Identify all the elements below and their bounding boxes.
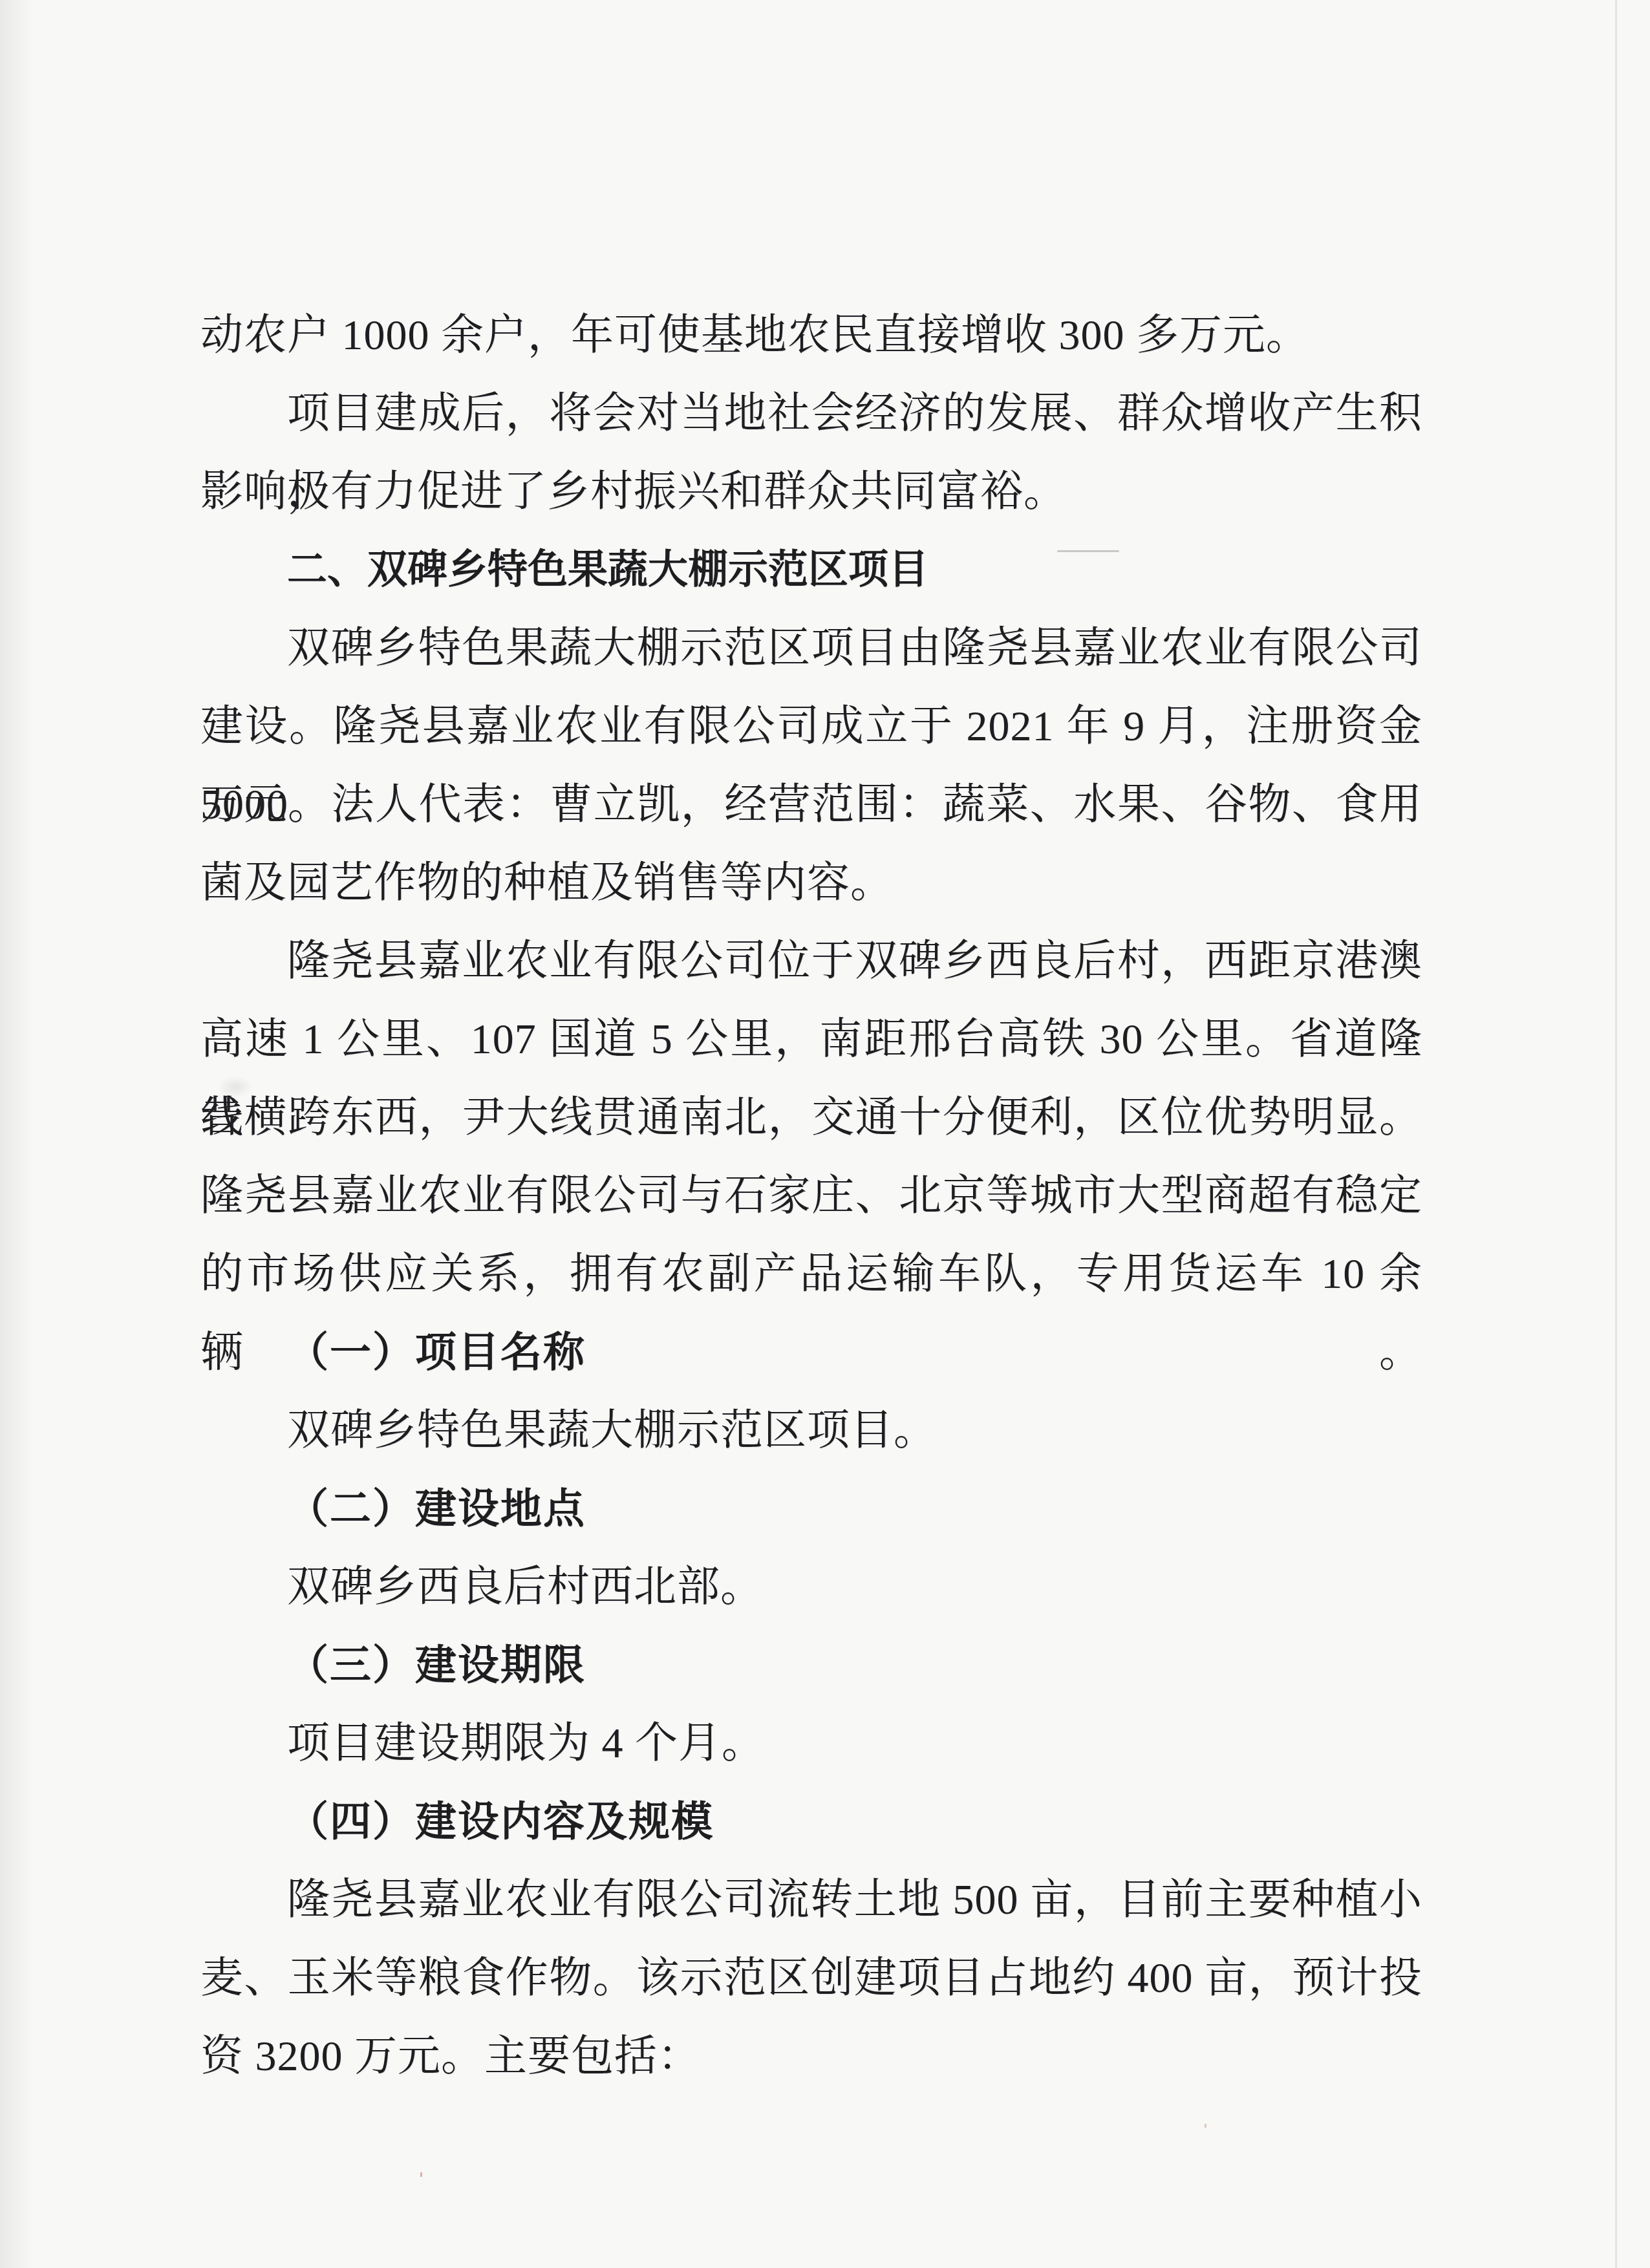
text-line: 的市场供应关系，拥有农副产品运输车队，专用货运车 10 余辆。 — [200, 1235, 1422, 1313]
scanned-page: 动农户 1000 余户，年可使基地农民直接增收 300 多万元。 项目建成后，将… — [0, 0, 1650, 2268]
text-line: 双碑乡特色果蔬大棚示范区项目由隆尧县嘉业农业有限公司 — [200, 609, 1422, 687]
subsection-4-heading: （四）建设内容及规模 — [200, 1782, 1422, 1861]
section-2-heading: 二、双碑乡特色果蔬大棚示范区项目 — [200, 531, 1422, 609]
text-line: 隆尧县嘉业农业有限公司位于双碑乡西良后村，西距京港澳 — [200, 922, 1422, 1000]
text-line: 线横跨东西，尹大线贯通南北，交通十分便利，区位优势明显。 — [200, 1078, 1422, 1157]
text-line: 双碑乡特色果蔬大棚示范区项目。 — [200, 1391, 1422, 1470]
text-line: 高速 1 公里、107 国道 5 公里，南距邢台高铁 30 公里。省道隆昔 — [200, 1000, 1422, 1078]
text-line: 隆尧县嘉业农业有限公司与石家庄、北京等城市大型商超有稳定 — [200, 1157, 1422, 1235]
text-line: 万元。法人代表：曹立凯，经营范围：蔬菜、水果、谷物、食用 — [200, 765, 1422, 844]
text-line: 项目建设期限为 4 个月。 — [200, 1704, 1422, 1782]
text-line: 资 3200 万元。主要包括： — [200, 2017, 1422, 2095]
text-line: 麦、玉米等粮食作物。该示范区创建项目占地约 400 亩，预计投 — [200, 1939, 1422, 2017]
text-line: 隆尧县嘉业农业有限公司流转土地 500 亩，目前主要种植小 — [200, 1861, 1422, 1939]
text-line: 建设。隆尧县嘉业农业有限公司成立于 2021 年 9 月，注册资金 5000 — [200, 687, 1422, 765]
text-line: 项目建成后，将会对当地社会经济的发展、群众增收产生积极 — [200, 374, 1422, 453]
document-text-block: 动农户 1000 余户，年可使基地农民直接增收 300 多万元。 项目建成后，将… — [200, 296, 1422, 2095]
text-line: 动农户 1000 余户，年可使基地农民直接增收 300 多万元。 — [200, 296, 1422, 374]
scan-edge-left — [0, 0, 34, 2268]
text-line: 影响，有力促进了乡村振兴和群众共同富裕。 — [200, 453, 1422, 531]
subsection-2-heading: （二）建设地点 — [200, 1470, 1422, 1548]
scan-edge-right — [1615, 0, 1617, 2268]
scan-speck — [1205, 2124, 1206, 2128]
scan-speck — [420, 2172, 422, 2177]
text-line: 双碑乡西良后村西北部。 — [200, 1548, 1422, 1626]
subsection-3-heading: （三）建设期限 — [200, 1626, 1422, 1704]
text-line: 菌及园艺作物的种植及销售等内容。 — [200, 844, 1422, 922]
